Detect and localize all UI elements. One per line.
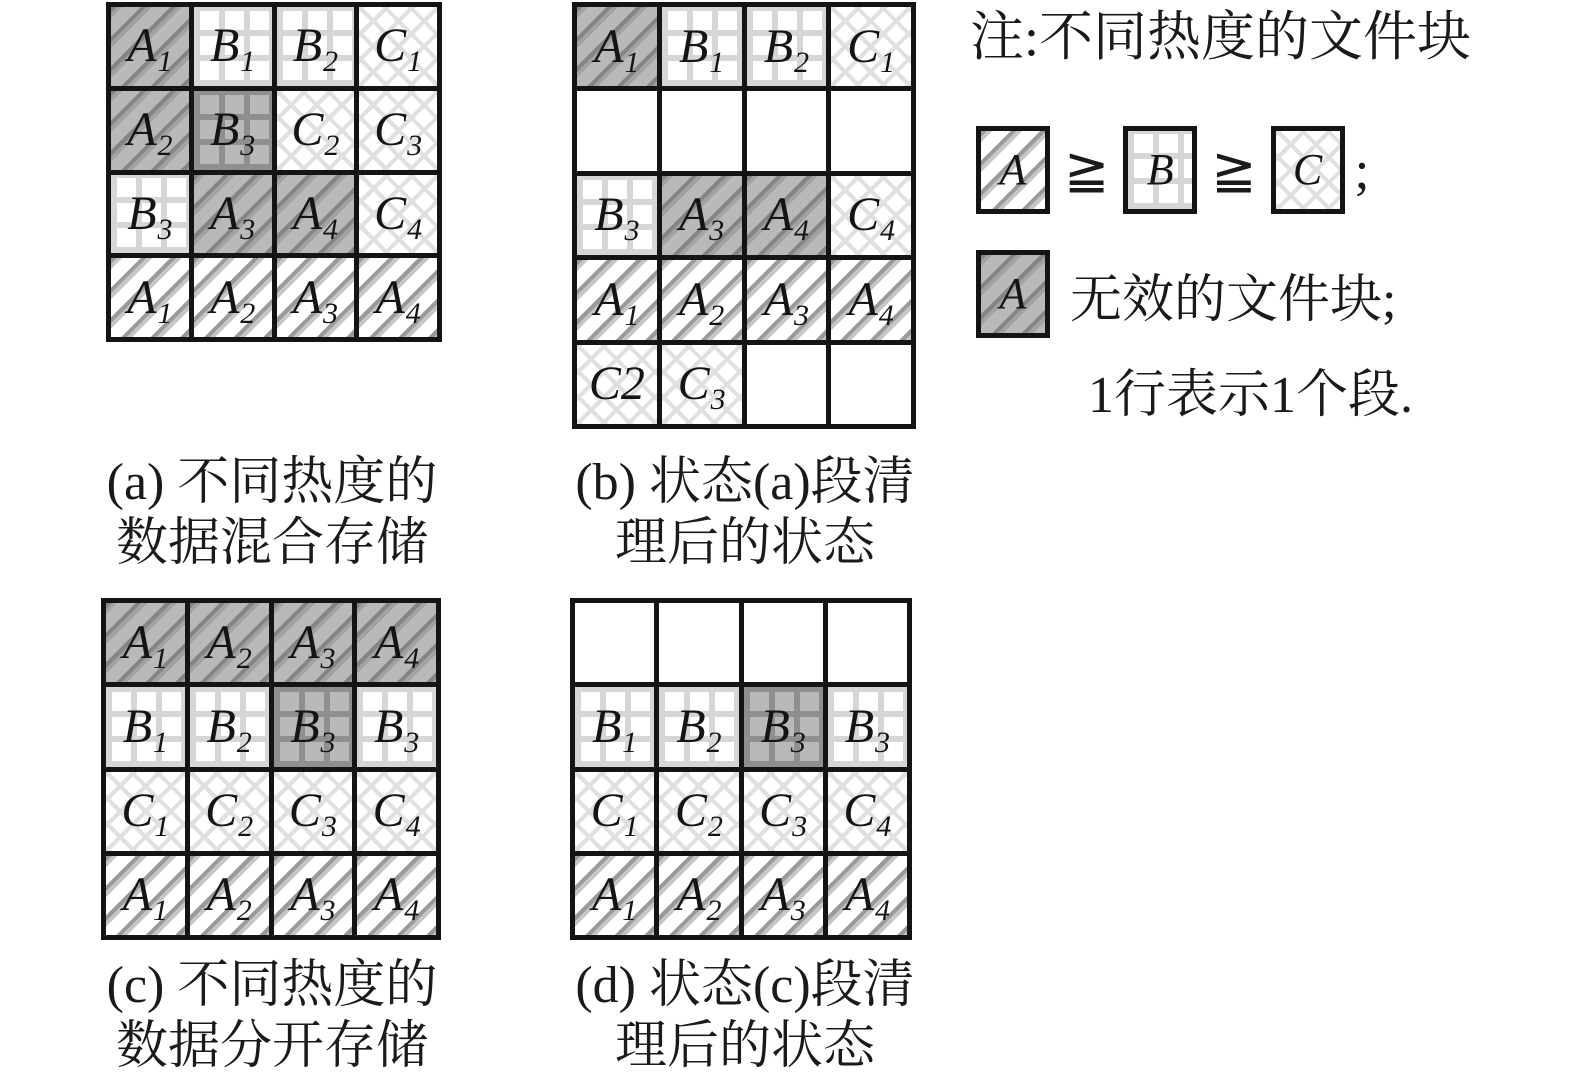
- cell-b-r4c3-A3: A3: [747, 260, 827, 339]
- block-letter: B: [293, 22, 322, 70]
- block-letter: B: [592, 703, 621, 751]
- figure-canvas: A1B1B2C1A2B3C2C3B3A3A4C4A1A2A3A4 A1B1B2C…: [0, 0, 1575, 1080]
- block-letter: C: [121, 787, 153, 835]
- cell-a-r3c4-C4: C4: [359, 175, 437, 254]
- block-letter: A: [123, 871, 152, 919]
- block-subscript: 1: [880, 48, 895, 78]
- block-subscript: 2: [158, 131, 173, 161]
- cell-c-r1c1-A1: A1: [106, 603, 185, 682]
- cell-b-r1c3-B2: B2: [747, 7, 827, 86]
- block-letter: A: [760, 871, 789, 919]
- block-subscript: 4: [404, 896, 419, 926]
- cell-c-r4c1-A1: A1: [106, 856, 185, 935]
- block-letter: C: [205, 787, 237, 835]
- block-subscript: 3: [791, 728, 806, 758]
- block-subscript: 2: [237, 896, 252, 926]
- legend-invalid-row: A 无效的文件块;: [976, 250, 1396, 338]
- block-letter: C: [291, 106, 323, 154]
- cell-b-r1c4-C1: C1: [831, 7, 911, 86]
- block-letter: B: [845, 703, 874, 751]
- block-subscript: 3: [791, 896, 806, 926]
- block-letter: A: [206, 871, 235, 919]
- cell-d-r2c4-B3: B3: [828, 687, 907, 766]
- block-letter: A: [127, 106, 156, 154]
- block-letter: C: [847, 191, 879, 239]
- block-letter: C: [678, 360, 710, 408]
- cell-c-r3c1-C1: C1: [106, 772, 185, 851]
- block-letter: B: [594, 191, 623, 239]
- legend-invalid-block-swatch: A: [976, 250, 1050, 338]
- cell-b-r5c3-empty: [747, 345, 827, 424]
- block-subscript: 4: [879, 301, 894, 331]
- block-subscript: 4: [407, 215, 422, 245]
- block-letter: C: [374, 190, 406, 238]
- cell-a-r1c1-A1: A1: [111, 7, 189, 86]
- block-subscript: 1: [624, 812, 639, 842]
- block-subscript: 3: [794, 301, 809, 331]
- cell-d-r1c4-empty: [828, 603, 907, 682]
- block-letter: C: [675, 787, 707, 835]
- block-letter: B: [290, 703, 319, 751]
- block-letter: A: [374, 871, 403, 919]
- cell-c-r2c1-B1: B1: [106, 687, 185, 766]
- block-subscript: 4: [794, 216, 809, 246]
- block-letter: B: [210, 22, 239, 70]
- block-subscript: 2: [708, 812, 723, 842]
- cell-c-r2c2-B2: B2: [190, 687, 269, 766]
- block-letter: C: [373, 787, 405, 835]
- block-subscript: 4: [875, 896, 890, 926]
- block-letter: C: [759, 787, 791, 835]
- cell-b-r2c4-empty: [831, 91, 911, 170]
- block-letter: B: [210, 106, 239, 154]
- block-subscript: 3: [625, 216, 640, 246]
- block-letter: C: [843, 787, 875, 835]
- cell-c-r4c2-A2: A2: [190, 856, 269, 935]
- cell-c-r2c3-B3: B3: [274, 687, 353, 766]
- block-letter: A: [594, 23, 623, 71]
- legend-invalid-text: 无效的文件块;: [1070, 257, 1396, 332]
- legend-note: 注:不同热度的文件块: [970, 10, 1471, 64]
- cell-c-r4c4-A4: A4: [357, 856, 436, 935]
- grid-d-after-cleaning-c: B1B2B3B3C1C2C3C4A1A2A3A4: [570, 598, 912, 940]
- block-letter: A: [594, 276, 623, 324]
- block-subscript: 2: [237, 728, 252, 758]
- cell-d-r1c2-empty: [659, 603, 738, 682]
- cell-d-r4c4-A4: A4: [828, 856, 907, 935]
- block-subscript: 3: [792, 812, 807, 842]
- block-letter: A: [764, 191, 793, 239]
- block-letter: A: [848, 276, 877, 324]
- cell-d-r4c1-A1: A1: [575, 856, 654, 935]
- cell-c-r3c4-C4: C4: [357, 772, 436, 851]
- caption-a: (a) 不同热度的 数据混合存储: [62, 452, 482, 574]
- cell-c-r1c4-A4: A4: [357, 603, 436, 682]
- legend-semicolon: ;: [1355, 139, 1370, 201]
- cell-c-r1c2-A2: A2: [190, 603, 269, 682]
- cell-b-r1c1-A1: A1: [577, 7, 657, 86]
- block-letter: A: [210, 190, 239, 238]
- block-letter: A: [592, 871, 621, 919]
- legend-heat-order-row: A ≧ B ≧ C ;: [976, 126, 1370, 214]
- cell-d-r1c1-empty: [575, 603, 654, 682]
- block-subscript: 2: [794, 48, 809, 78]
- cell-c-r3c3-C3: C3: [274, 772, 353, 851]
- cell-d-r4c3-A3: A3: [744, 856, 823, 935]
- block-subscript: 1: [625, 301, 640, 331]
- block-letter: A: [375, 274, 404, 322]
- cell-b-r3c2-A3: A3: [662, 176, 742, 255]
- cell-d-r2c1-B1: B1: [575, 687, 654, 766]
- caption-a-line1: (a) 不同热度的: [62, 452, 482, 513]
- greater-equal-icon: ≧: [1064, 143, 1109, 197]
- block-subscript: 3: [321, 896, 336, 926]
- cell-d-r3c1-C1: C1: [575, 772, 654, 851]
- cell-d-r1c3-empty: [744, 603, 823, 682]
- caption-b-line1: (b) 状态(a)段清: [535, 452, 955, 513]
- cell-a-r1c2-B1: B1: [194, 7, 272, 86]
- cell-a-r4c2-A2: A2: [194, 258, 272, 337]
- block-letter: A: [206, 619, 235, 667]
- cell-a-r4c3-A3: A3: [277, 258, 355, 337]
- block-subscript: 1: [158, 299, 173, 329]
- caption-b: (b) 状态(a)段清 理后的状态: [535, 452, 955, 574]
- block-subscript: 4: [406, 299, 421, 329]
- cell-b-r4c2-A2: A2: [662, 260, 742, 339]
- block-subscript: 1: [240, 47, 255, 77]
- block-letter: A: [679, 276, 708, 324]
- block-letter: A: [210, 274, 239, 322]
- cell-b-r2c3-empty: [747, 91, 827, 170]
- block-subscript: 3: [709, 216, 724, 246]
- cell-b-r3c3-A4: A4: [747, 176, 827, 255]
- block-letter: A: [293, 190, 322, 238]
- caption-d-line2: 理后的状态: [535, 1016, 955, 1077]
- block-letter: C: [374, 22, 406, 70]
- cell-b-r2c1-empty: [577, 91, 657, 170]
- block-subscript: 3: [404, 728, 419, 758]
- block-letter: A: [764, 276, 793, 324]
- block-subscript: 4: [876, 812, 891, 842]
- caption-c-line2: 数据分开存储: [62, 1016, 482, 1077]
- cell-d-r3c2-C2: C2: [659, 772, 738, 851]
- legend-invalid-label: A: [1000, 272, 1027, 316]
- cell-b-r4c4-A4: A4: [831, 260, 911, 339]
- cell-d-r3c3-C3: C3: [744, 772, 823, 851]
- legend-hot-block-swatch: A: [976, 126, 1050, 214]
- block-letter: A: [127, 22, 156, 70]
- block-subscript: 3: [407, 131, 422, 161]
- block-subscript: 4: [406, 812, 421, 842]
- cell-d-r3c4-C4: C4: [828, 772, 907, 851]
- block-letter: A: [676, 871, 705, 919]
- cell-a-r1c4-C1: C1: [359, 7, 437, 86]
- block-subscript: 1: [709, 48, 724, 78]
- block-subscript: 1: [622, 728, 637, 758]
- grid-c-separated-storage: A1A2A3A4B1B2B3B3C1C2C3C4A1A2A3A4: [101, 598, 441, 940]
- cell-c-r3c2-C2: C2: [190, 772, 269, 851]
- block-subscript: 2: [237, 644, 252, 674]
- block-letter: B: [127, 190, 156, 238]
- cell-b-r3c1-B3: B3: [577, 176, 657, 255]
- block-letter: A: [290, 619, 319, 667]
- block-letter: B: [760, 703, 789, 751]
- cell-a-r2c4-C3: C3: [359, 91, 437, 170]
- block-subscript: 2: [238, 812, 253, 842]
- cell-b-r4c1-A1: A1: [577, 260, 657, 339]
- legend-cold-label: C: [1293, 148, 1322, 192]
- caption-d-line1: (d) 状态(c)段清: [535, 955, 955, 1016]
- caption-a-line2: 数据混合存储: [62, 513, 482, 574]
- block-letter: B: [764, 23, 793, 71]
- block-subscript: 3: [322, 812, 337, 842]
- cell-a-r4c1-A1: A1: [111, 258, 189, 337]
- block-subscript: 1: [153, 896, 168, 926]
- cell-a-r4c4-A4: A4: [359, 258, 437, 337]
- cell-d-r2c2-B2: B2: [659, 687, 738, 766]
- block-subscript: 3: [321, 728, 336, 758]
- cell-a-r3c3-A4: A4: [277, 175, 355, 254]
- block-letter: C2: [589, 360, 645, 408]
- legend-mid-label: B: [1147, 148, 1174, 192]
- cell-b-r3c4-C4: C4: [831, 176, 911, 255]
- block-letter: B: [123, 703, 152, 751]
- block-subscript: 2: [324, 131, 339, 161]
- block-subscript: 3: [875, 728, 890, 758]
- block-subscript: 3: [240, 131, 255, 161]
- cell-b-r5c1-C2: C2: [577, 345, 657, 424]
- block-letter: B: [679, 23, 708, 71]
- caption-b-line2: 理后的状态: [535, 513, 955, 574]
- block-letter: A: [845, 871, 874, 919]
- block-letter: C: [374, 106, 406, 154]
- cell-d-r2c3-B3: B3: [744, 687, 823, 766]
- block-subscript: 3: [158, 215, 173, 245]
- block-subscript: 1: [153, 728, 168, 758]
- block-subscript: 3: [711, 385, 726, 415]
- legend-mid-block-swatch: B: [1123, 126, 1197, 214]
- block-subscript: 3: [323, 299, 338, 329]
- greater-equal-icon: ≧: [1211, 143, 1256, 197]
- legend-hot-label: A: [1000, 148, 1027, 192]
- block-letter: A: [293, 274, 322, 322]
- block-letter: A: [290, 871, 319, 919]
- grid-a-mixed-storage: A1B1B2C1A2B3C2C3B3A3A4C4A1A2A3A4: [106, 2, 442, 342]
- cell-a-r1c3-B2: B2: [277, 7, 355, 86]
- cell-a-r2c1-A2: A2: [111, 91, 189, 170]
- cell-b-r1c2-B1: B1: [662, 7, 742, 86]
- cell-b-r2c2-empty: [662, 91, 742, 170]
- block-letter: C: [591, 787, 623, 835]
- legend-segment-note: 1行表示1个段.: [1088, 352, 1413, 427]
- block-subscript: 3: [240, 215, 255, 245]
- cell-d-r4c2-A2: A2: [659, 856, 738, 935]
- cell-c-r4c3-A3: A3: [274, 856, 353, 935]
- block-letter: A: [123, 619, 152, 667]
- block-subscript: 2: [707, 896, 722, 926]
- block-subscript: 1: [407, 47, 422, 77]
- cell-c-r2c4-B3: B3: [357, 687, 436, 766]
- block-subscript: 1: [154, 812, 169, 842]
- cell-a-r2c3-C2: C2: [277, 91, 355, 170]
- block-letter: A: [679, 191, 708, 239]
- block-subscript: 1: [158, 47, 173, 77]
- block-subscript: 4: [323, 215, 338, 245]
- cell-a-r3c1-B3: B3: [111, 175, 189, 254]
- block-subscript: 1: [622, 896, 637, 926]
- block-subscript: 1: [625, 48, 640, 78]
- block-subscript: 3: [321, 644, 336, 674]
- block-letter: A: [374, 619, 403, 667]
- block-letter: B: [374, 703, 403, 751]
- cell-a-r3c2-A3: A3: [194, 175, 272, 254]
- block-subscript: 2: [323, 47, 338, 77]
- caption-c-line1: (c) 不同热度的: [62, 955, 482, 1016]
- block-letter: A: [127, 274, 156, 322]
- caption-d: (d) 状态(c)段清 理后的状态: [535, 955, 955, 1077]
- caption-c: (c) 不同热度的 数据分开存储: [62, 955, 482, 1077]
- cell-b-r5c4-empty: [831, 345, 911, 424]
- block-letter: B: [676, 703, 705, 751]
- block-subscript: 1: [153, 644, 168, 674]
- block-letter: C: [847, 23, 879, 71]
- cell-a-r2c2-B3: B3: [194, 91, 272, 170]
- block-subscript: 4: [880, 216, 895, 246]
- grid-b-after-cleaning-a: A1B1B2C1B3A3A4C4A1A2A3A4C2C3: [572, 2, 916, 429]
- block-letter: C: [289, 787, 321, 835]
- legend-cold-block-swatch: C: [1271, 126, 1345, 214]
- cell-c-r1c3-A3: A3: [274, 603, 353, 682]
- cell-b-r5c2-C3: C3: [662, 345, 742, 424]
- block-subscript: 2: [709, 301, 724, 331]
- block-subscript: 4: [404, 644, 419, 674]
- block-letter: B: [206, 703, 235, 751]
- block-subscript: 2: [240, 299, 255, 329]
- block-subscript: 2: [707, 728, 722, 758]
